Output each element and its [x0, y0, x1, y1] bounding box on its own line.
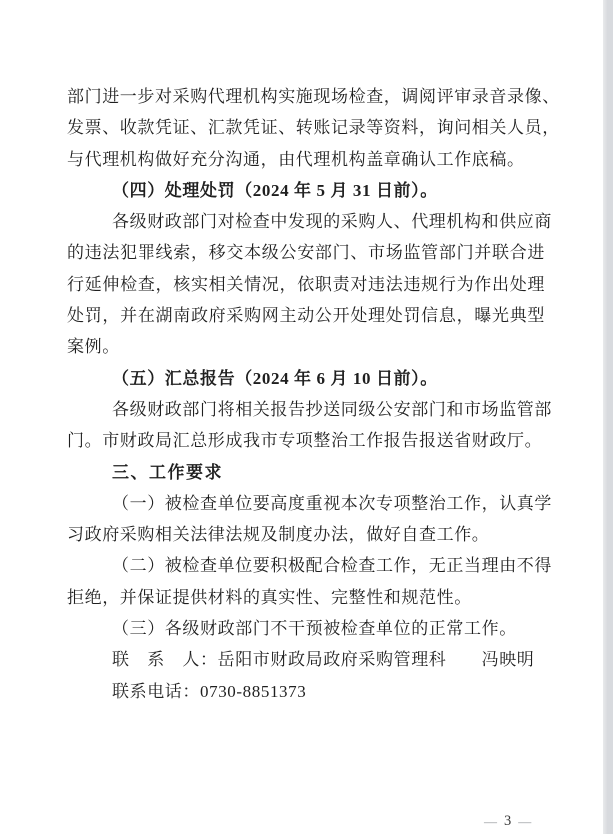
paragraph-line: 部门进一步对采购代理机构实施现场检查，调阅评审录音录像、	[67, 81, 545, 112]
paragraph-line: 与代理机构做好充分沟通，由代理机构盖章确认工作底稿。	[67, 144, 545, 175]
scan-edge-shadow	[603, 0, 613, 834]
paragraph-line: 各级财政部门将相关报告抄送同级公安部门和市场监管部	[67, 394, 545, 425]
paragraph-line: 的违法犯罪线索，移交本级公安部门、市场监管部门并联合进	[67, 237, 545, 268]
paragraph-line: （一）被检查单位要高度重视本次专项整治工作，认真学	[67, 488, 545, 519]
contact-person-line: 联 系 人：岳阳市财政局政府采购管理科 冯映明	[67, 644, 545, 675]
paragraph-line: 门。市财政局汇总形成我市专项整治工作报告报送省财政厅。	[67, 425, 545, 456]
paragraph-line: 拒绝，并保证提供材料的真实性、完整性和规范性。	[67, 582, 545, 613]
document-body: 部门进一步对采购代理机构实施现场检查，调阅评审录音录像、 发票、收款凭证、汇款凭…	[67, 81, 545, 707]
paragraph-line: 发票、收款凭证、汇款凭证、转账记录等资料，询问相关人员，	[67, 112, 545, 143]
paragraph-line: （三）各级财政部门不干预被检查单位的正常工作。	[67, 613, 545, 644]
paragraph-line: 各级财政部门对检查中发现的采购人、代理机构和供应商	[67, 206, 545, 237]
document-page: 部门进一步对采购代理机构实施现场检查，调阅评审录音录像、 发票、收款凭证、汇款凭…	[0, 0, 613, 834]
page-number: — 3 —	[484, 813, 531, 830]
heading-work-requirements: 三、工作要求	[67, 457, 545, 488]
paragraph-line: 处罚，并在湖南政府采购网主动公开处理处罚信息，曝光典型	[67, 300, 545, 331]
heading-section-5: （五）汇总报告（2024 年 6 月 10 日前）。	[67, 363, 545, 394]
page-number-value: 3	[504, 813, 511, 830]
paragraph-line: 案例。	[67, 331, 545, 362]
page-number-dash-right: —	[518, 814, 531, 830]
heading-section-4: （四）处理处罚（2024 年 5 月 31 日前）。	[67, 175, 545, 206]
paragraph-line: 行延伸检查，核实相关情况，依职责对违法违规行为作出处理	[67, 269, 545, 300]
page-number-dash-left: —	[484, 814, 497, 830]
contact-phone-line: 联系电话：0730-8851373	[67, 676, 545, 707]
paragraph-line: （二）被检查单位要积极配合检查工作，无正当理由不得	[67, 550, 545, 581]
paragraph-line: 习政府采购相关法律法规及制度办法，做好自查工作。	[67, 519, 545, 550]
